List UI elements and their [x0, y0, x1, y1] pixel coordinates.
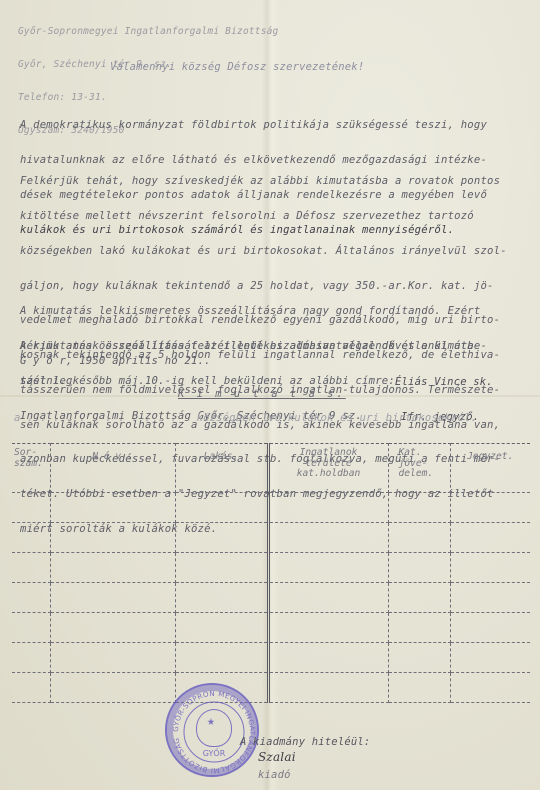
table-title: K i m u t a t á s. [178, 389, 346, 401]
cell [12, 643, 50, 673]
cell [50, 643, 175, 673]
cell [268, 523, 388, 553]
cell [268, 673, 388, 703]
cell [268, 643, 388, 673]
table-row [12, 523, 530, 553]
cell [12, 523, 50, 553]
cell [388, 523, 450, 553]
text-line: A kimutatás lelkiismeretes összeállításá… [20, 306, 487, 318]
table-row [12, 613, 530, 643]
cell [388, 583, 450, 613]
cell [50, 583, 175, 613]
issuer-role: kiadó [258, 770, 291, 782]
text-line: kitöltése mellett névszerint felsorolni … [20, 211, 507, 223]
cell [12, 613, 50, 643]
cell [175, 493, 268, 523]
cell [268, 553, 388, 583]
cell [175, 583, 268, 613]
cell [450, 523, 530, 553]
cell [268, 493, 388, 523]
cell [12, 553, 50, 583]
cell [50, 553, 175, 583]
cell [12, 493, 50, 523]
cell [50, 613, 175, 643]
col-header-sorszam: Sor- szám. [12, 444, 50, 493]
cell [388, 673, 450, 703]
col-header-ingatlanok: Ingatlanok területe kat.holdban [268, 444, 388, 493]
cell [268, 613, 388, 643]
text-line: A kimutatás összeállítása feltétlenül bi… [20, 341, 480, 353]
table-row [12, 493, 530, 523]
cell [450, 643, 530, 673]
salutation: Valamennyi község Défosz szervezetének! [110, 62, 364, 74]
official-stamp: GYŐR-SOPRON MEGYEI INGATLANFORGALMI BIZO… [165, 683, 259, 777]
cell [450, 493, 530, 523]
table-row [12, 553, 530, 583]
cell [450, 613, 530, 643]
cell [388, 643, 450, 673]
cell [50, 493, 175, 523]
text-line: Felkérjük tehát, hogy szíveskedjék az al… [20, 176, 507, 188]
cell [175, 613, 268, 643]
cell [388, 613, 450, 643]
cell [50, 523, 175, 553]
table-row [12, 583, 530, 613]
text-line: községekben lakó kulákokat és uri birtok… [20, 246, 507, 258]
cell [450, 583, 530, 613]
col-header-jegyzet: Jegyzet. [450, 444, 530, 493]
cell [268, 583, 388, 613]
col-header-nev: N é v . [50, 444, 175, 493]
handwritten-signature: Szalai [258, 752, 296, 764]
cell [175, 643, 268, 673]
cell [450, 553, 530, 583]
cell [175, 523, 268, 553]
col-header-lakas: Lakás. [175, 444, 268, 493]
cell [12, 583, 50, 613]
table-row [12, 643, 530, 673]
text-line: A demokratikus kormányzat földbirtok pol… [20, 120, 487, 132]
cell [388, 553, 450, 583]
table-subtitle: a . . . . . . . . . . . . községben lvő … [14, 413, 477, 425]
cell [175, 553, 268, 583]
coat-of-arms-icon [196, 709, 232, 747]
form-table: Sor- szám. N é v . Lakás. Ingatlanok ter… [12, 443, 530, 703]
attestation-label: A kiadmány hiteléül: [240, 737, 370, 749]
stamp-city: GYŐR [167, 749, 261, 758]
date-line: G y ő r, 1950 április hó 21.. [20, 356, 211, 368]
cell [388, 493, 450, 523]
cell [12, 673, 50, 703]
cell [450, 673, 530, 703]
letterhead-line: Győr-Sopronmegyei Ingatlanforgalmi Bizot… [18, 26, 278, 37]
table-row [12, 673, 530, 703]
col-header-kat-jovedelem: Kat. jöve- delem. [388, 444, 450, 493]
signer-name: Éliás Vince sk. [395, 377, 493, 389]
table-header-row: Sor- szám. N é v . Lakás. Ingatlanok ter… [12, 444, 530, 493]
cell [50, 673, 175, 703]
